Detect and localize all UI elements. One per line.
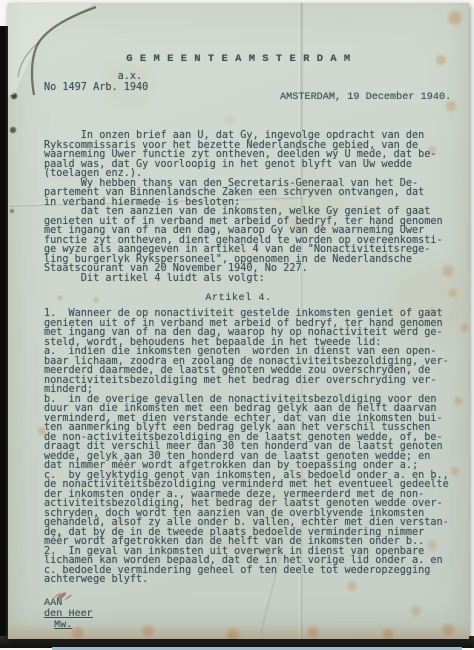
address-to-label: AAN [44, 598, 93, 609]
reference-number: a.x. No 1497 Arb. 1940 [44, 72, 148, 93]
address-addressee: den Heer [44, 609, 93, 620]
intro-paragraphs: In onzen brief aan U, dat Gy, ingevolge … [44, 131, 443, 283]
paper-sheet: G E M E E N T E A M S T E R D A M a.x. N… [8, 3, 469, 639]
article-text: 1. Wanneer de op nonactiviteit gestelde … [44, 309, 449, 585]
dateline: AMSTERDAM, 19 December 1940. [280, 92, 451, 103]
address-initials: Mw. [44, 620, 93, 631]
address-block: AAN den Heer Mw. [44, 598, 93, 631]
letter-title: G E M E E N T E A M S T E R D A M [8, 53, 469, 65]
document-photo: G E M E E N T E A M S T E R D A M a.x. N… [0, 0, 474, 650]
article-heading: Artikel 4. [8, 293, 469, 304]
